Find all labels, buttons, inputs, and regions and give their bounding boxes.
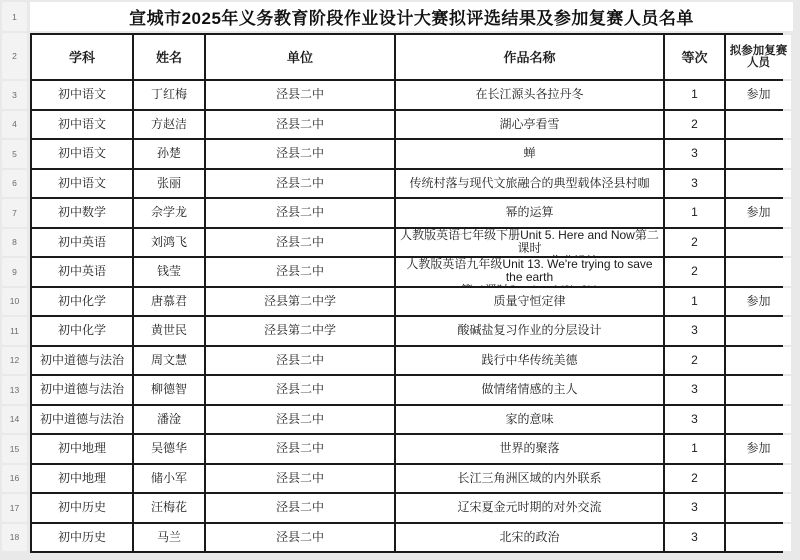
cell-name[interactable]: 钱莹 bbox=[134, 258, 204, 286]
cell-work[interactable]: 家的意味 bbox=[396, 406, 663, 434]
cell-work[interactable]: 蝉 bbox=[396, 140, 663, 168]
cell-rematch[interactable] bbox=[726, 494, 791, 522]
cell-name[interactable]: 吴德华 bbox=[134, 435, 204, 463]
row-number[interactable]: 9 bbox=[2, 258, 27, 286]
cell-rank[interactable]: 1 bbox=[665, 435, 724, 463]
row-number[interactable]: 11 bbox=[2, 317, 27, 345]
cell-work[interactable]: 酸碱盐复习作业的分层设计 bbox=[396, 317, 663, 345]
cell-work[interactable]: 在长江源头各拉丹冬 bbox=[396, 81, 663, 109]
cell-work[interactable]: 湖心亭看雪 bbox=[396, 111, 663, 139]
cell-subject[interactable]: 初中语文 bbox=[32, 170, 132, 198]
cell-name[interactable]: 方赵洁 bbox=[134, 111, 204, 139]
cell-rank[interactable]: 3 bbox=[665, 376, 724, 404]
cell-rematch[interactable] bbox=[726, 111, 791, 139]
cell-rank[interactable]: 2 bbox=[665, 111, 724, 139]
cell-work[interactable]: 北宋的政治 bbox=[396, 524, 663, 552]
cell-name[interactable]: 马兰 bbox=[134, 524, 204, 552]
cell-unit[interactable]: 泾县二中 bbox=[206, 524, 394, 552]
cell-unit[interactable]: 泾县二中 bbox=[206, 199, 394, 227]
cell-unit[interactable]: 泾县二中 bbox=[206, 347, 394, 375]
header-subject[interactable]: 学科 bbox=[32, 35, 132, 79]
row-number[interactable]: 3 bbox=[2, 81, 27, 109]
cell-subject[interactable]: 初中英语 bbox=[32, 258, 132, 286]
sheet-content: 宣城市2025年义务教育阶段作业设计大赛拟评选结果及参加复赛人员名单 学科 姓名… bbox=[30, 0, 793, 560]
row-number[interactable]: 10 bbox=[2, 288, 27, 316]
cell-rematch[interactable] bbox=[726, 465, 791, 493]
cell-subject[interactable]: 初中地理 bbox=[32, 435, 132, 463]
cell-unit[interactable]: 泾县二中 bbox=[206, 465, 394, 493]
row-number[interactable]: 13 bbox=[2, 376, 27, 404]
cell-unit[interactable]: 泾县二中 bbox=[206, 81, 394, 109]
cell-rematch[interactable] bbox=[726, 376, 791, 404]
cell-rank[interactable]: 3 bbox=[665, 494, 724, 522]
cell-name[interactable]: 丁红梅 bbox=[134, 81, 204, 109]
row-number[interactable]: 14 bbox=[2, 406, 27, 434]
cell-subject[interactable]: 初中地理 bbox=[32, 465, 132, 493]
row-number[interactable]: 8 bbox=[2, 229, 27, 257]
row-number[interactable]: 17 bbox=[2, 494, 27, 522]
results-table: 学科 姓名 单位 作品名称 等次 拟参加复赛人员 初中语文 丁红梅 泾县二中 在… bbox=[30, 33, 783, 553]
cell-subject[interactable]: 初中语文 bbox=[32, 111, 132, 139]
cell-work[interactable]: 人教版英语七年级下册Unit 5. Here and Now第二课时 Secti… bbox=[396, 229, 663, 257]
cell-rematch[interactable] bbox=[726, 524, 791, 552]
cell-name[interactable]: 孙楚 bbox=[134, 140, 204, 168]
cell-subject[interactable]: 初中化学 bbox=[32, 317, 132, 345]
cell-subject[interactable]: 初中历史 bbox=[32, 494, 132, 522]
header-rank[interactable]: 等次 bbox=[665, 35, 724, 79]
cell-rematch[interactable] bbox=[726, 258, 791, 286]
cell-unit[interactable]: 泾县二中 bbox=[206, 111, 394, 139]
cell-name[interactable]: 张丽 bbox=[134, 170, 204, 198]
row-number[interactable]: 15 bbox=[2, 435, 27, 463]
cell-rematch[interactable] bbox=[726, 317, 791, 345]
cell-rank[interactable]: 3 bbox=[665, 317, 724, 345]
cell-subject[interactable]: 初中道德与法治 bbox=[32, 347, 132, 375]
cell-subject[interactable]: 初中化学 bbox=[32, 288, 132, 316]
cell-unit[interactable]: 泾县二中 bbox=[206, 376, 394, 404]
cell-unit[interactable]: 泾县二中 bbox=[206, 494, 394, 522]
spreadsheet-view: 1 2 3 4 5 6 7 8 9 10 11 12 13 14 15 16 1… bbox=[0, 0, 800, 560]
cell-unit[interactable]: 泾县二中 bbox=[206, 258, 394, 286]
cell-work[interactable]: 做情绪情感的主人 bbox=[396, 376, 663, 404]
cell-rank[interactable]: 3 bbox=[665, 170, 724, 198]
cell-name[interactable]: 储小军 bbox=[134, 465, 204, 493]
cell-rematch[interactable]: 参加 bbox=[726, 288, 791, 316]
cell-rank[interactable]: 1 bbox=[665, 199, 724, 227]
cell-subject[interactable]: 初中语文 bbox=[32, 81, 132, 109]
cell-work[interactable]: 人教版英语九年级Unit 13. We're trying to save th… bbox=[396, 258, 663, 286]
cell-rematch[interactable]: 参加 bbox=[726, 199, 791, 227]
cell-rank[interactable]: 1 bbox=[665, 81, 724, 109]
header-rematch[interactable]: 拟参加复赛人员 bbox=[726, 35, 791, 79]
header-work[interactable]: 作品名称 bbox=[396, 35, 663, 79]
header-name[interactable]: 姓名 bbox=[134, 35, 204, 79]
page: { "title": "宣城市2025年义务教育阶段作业设计大赛拟评选结果及参加… bbox=[0, 0, 800, 560]
cell-rematch[interactable] bbox=[726, 140, 791, 168]
cell-name[interactable]: 佘学龙 bbox=[134, 199, 204, 227]
cell-unit[interactable]: 泾县二中 bbox=[206, 170, 394, 198]
cell-work[interactable]: 世界的聚落 bbox=[396, 435, 663, 463]
cell-unit[interactable]: 泾县第二中学 bbox=[206, 288, 394, 316]
cell-work[interactable]: 传统村落与现代文旅融合的典型载体泾县村咖 bbox=[396, 170, 663, 198]
cell-subject[interactable]: 初中道德与法治 bbox=[32, 376, 132, 404]
cell-rank[interactable]: 3 bbox=[665, 140, 724, 168]
cell-unit[interactable]: 泾县二中 bbox=[206, 140, 394, 168]
cell-rank[interactable]: 2 bbox=[665, 347, 724, 375]
cell-rematch[interactable] bbox=[726, 347, 791, 375]
cell-name[interactable]: 周文慧 bbox=[134, 347, 204, 375]
row-number[interactable]: 2 bbox=[2, 33, 27, 79]
cell-unit[interactable]: 泾县二中 bbox=[206, 435, 394, 463]
row-number[interactable]: 12 bbox=[2, 347, 27, 375]
row-number[interactable]: 1 bbox=[2, 2, 27, 31]
cell-rematch[interactable] bbox=[726, 406, 791, 434]
cell-rematch[interactable]: 参加 bbox=[726, 435, 791, 463]
row-number[interactable]: 4 bbox=[2, 111, 27, 139]
row-number-gutter: 1 2 3 4 5 6 7 8 9 10 11 12 13 14 15 16 1… bbox=[0, 0, 30, 560]
cell-name[interactable]: 潘淦 bbox=[134, 406, 204, 434]
row-number[interactable]: 16 bbox=[2, 465, 27, 493]
cell-work[interactable]: 践行中华传统美德 bbox=[396, 347, 663, 375]
cell-work[interactable]: 辽宋夏金元时期的对外交流 bbox=[396, 494, 663, 522]
cell-name[interactable]: 柳德智 bbox=[134, 376, 204, 404]
header-unit[interactable]: 单位 bbox=[206, 35, 394, 79]
cell-name[interactable]: 汪梅花 bbox=[134, 494, 204, 522]
cell-rank[interactable]: 1 bbox=[665, 288, 724, 316]
cell-rematch[interactable] bbox=[726, 229, 791, 257]
cell-subject[interactable]: 初中语文 bbox=[32, 140, 132, 168]
row-number[interactable]: 6 bbox=[2, 170, 27, 198]
row-number[interactable]: 7 bbox=[2, 199, 27, 227]
cell-rank[interactable]: 2 bbox=[665, 229, 724, 257]
cell-work[interactable]: 幂的运算 bbox=[396, 199, 663, 227]
cell-unit[interactable]: 泾县二中 bbox=[206, 406, 394, 434]
cell-name[interactable]: 唐慕君 bbox=[134, 288, 204, 316]
cell-rank[interactable]: 3 bbox=[665, 406, 724, 434]
cell-unit[interactable]: 泾县第二中学 bbox=[206, 317, 394, 345]
cell-subject[interactable]: 初中数学 bbox=[32, 199, 132, 227]
row-number[interactable]: 5 bbox=[2, 140, 27, 168]
cell-rank[interactable]: 3 bbox=[665, 524, 724, 552]
cell-subject[interactable]: 初中道德与法治 bbox=[32, 406, 132, 434]
cell-rematch[interactable] bbox=[726, 170, 791, 198]
cell-subject[interactable]: 初中历史 bbox=[32, 524, 132, 552]
row-number[interactable]: 18 bbox=[2, 524, 27, 552]
cell-work[interactable]: 长江三角洲区域的内外联系 bbox=[396, 465, 663, 493]
cell-rank[interactable]: 2 bbox=[665, 465, 724, 493]
cell-rematch[interactable]: 参加 bbox=[726, 81, 791, 109]
cell-name[interactable]: 刘鸿飞 bbox=[134, 229, 204, 257]
cell-subject[interactable]: 初中英语 bbox=[32, 229, 132, 257]
cell-unit[interactable]: 泾县二中 bbox=[206, 229, 394, 257]
sheet-title: 宣城市2025年义务教育阶段作业设计大赛拟评选结果及参加复赛人员名单 bbox=[30, 2, 793, 31]
cell-work[interactable]: 质量守恒定律 bbox=[396, 288, 663, 316]
cell-rank[interactable]: 2 bbox=[665, 258, 724, 286]
cell-name[interactable]: 黄世民 bbox=[134, 317, 204, 345]
